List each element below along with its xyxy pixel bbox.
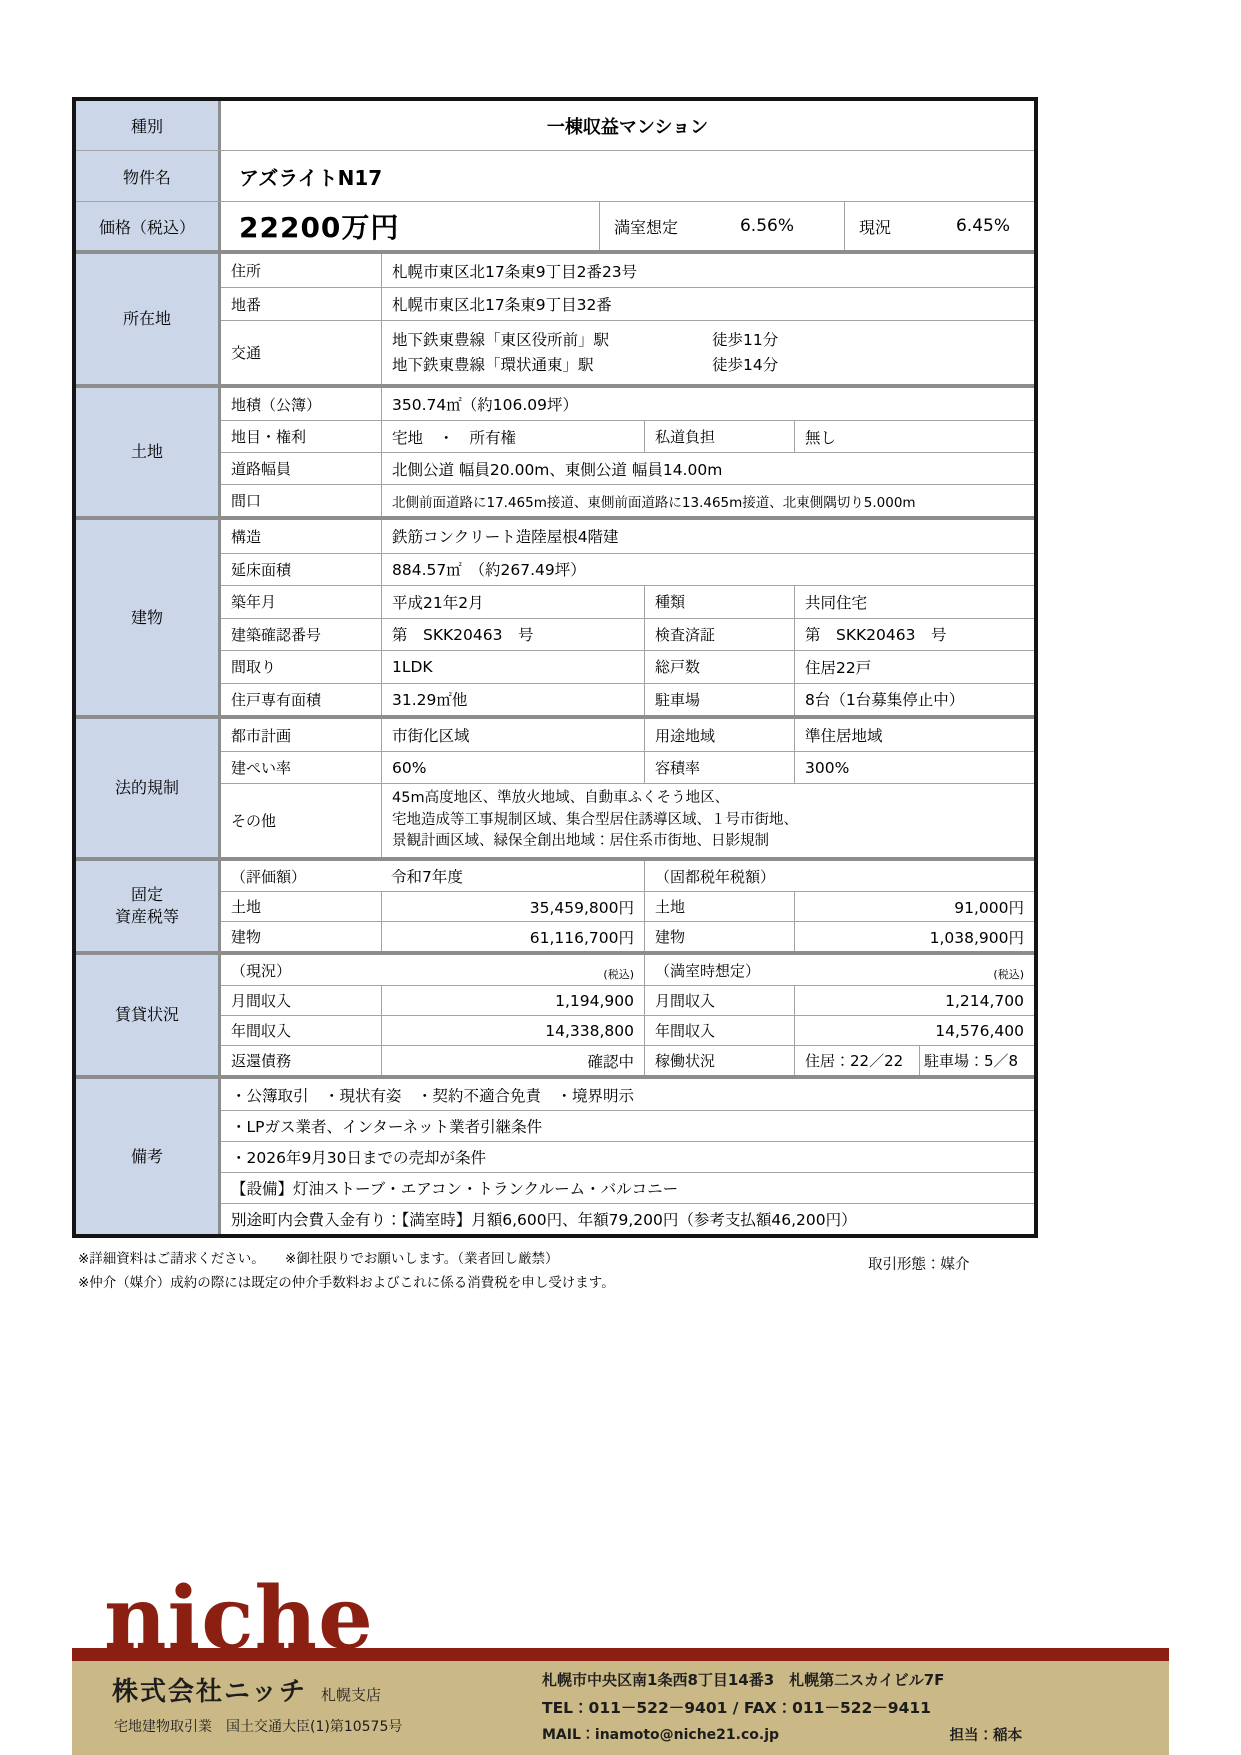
remark-row-2: ・LPガス業者、インターネット業者引継条件 [221,1110,1034,1141]
remark-row-3: ・2026年9月30日までの売却が条件 [221,1141,1034,1172]
annual-income-label: 年間収入 [221,1016,381,1045]
monthly-income-label: 月間収入 [221,986,381,1015]
tax-building-tax-label: 建物 [644,922,794,951]
access-row: 交通 地下鉄東豊線「東区役所前」駅 徒歩11分 地下鉄東豊線「環状通東」駅 徒歩… [221,320,1034,384]
company-right-block: 札幌市中央区南1条西8丁目14番3 札幌第二スカイビル7F TEL：011－52… [542,1669,1042,1745]
assessed-header-cell: （評価額） 令和7年度 [221,861,644,891]
tax-header-row: （評価額） 令和7年度 （固都税年税額） [221,861,1034,891]
lot-row: 地番 札幌市東区北17条東9丁目32番 [221,287,1034,320]
note-request-materials: ※詳細資料はご請求ください。 ※御社限りでお願いします。（業者回し厳禁） [78,1247,559,1267]
annual-tax-header-cell: （固都税年税額） [644,861,1034,891]
structure-value: 鉄筋コンクリート造陸屋根4階建 [381,520,1034,553]
annual-income-full: 14,576,400 [794,1016,1034,1045]
name-row: 物件名 アズライトN17 [76,150,1034,201]
zoning-value: 準住居地域 [794,719,1034,751]
yield-full-label: 満室想定 [614,215,678,238]
remarks-section: 備考 ・公簿取引 ・現状有姿 ・契約不適合免責 ・境界明示 ・LPガス業者、イン… [76,1075,1034,1234]
parking-label: 駐車場 [644,684,794,716]
annual-tax-header: （固都税年税額） [655,866,775,887]
land-section-label: 土地 [76,388,221,516]
monthly-income-current: 1,194,900 [381,986,644,1015]
remark-line-5: 別途町内会費入金有り：【満室時】月額6,600円、年額79,200円（参考支払額… [221,1204,1034,1234]
access-label: 交通 [221,321,381,384]
remark-line-1: ・公簿取引 ・現状有姿 ・契約不適合免責 ・境界明示 [221,1079,1034,1110]
built-label: 築年月 [221,586,381,618]
company-license: 宅地建物取引業 国土交通大臣(1)第10575号 [112,1716,402,1736]
layout-label: 間取り [221,651,381,683]
layout-row: 間取り 1LDK 総戸数 住居22戸 [221,650,1034,683]
remark-row-4: 【設備】灯油ストーブ・エアコン・トランクルーム・バルコニー [221,1172,1034,1203]
road-width-row: 道路幅員 北側公道 幅員20.00m、東側公道 幅員14.00m [221,452,1034,484]
far-label: 容積率 [644,752,794,783]
other-value: 45m高度地区、準放火地域、自動車ふくそう地区、 宅地造成等工事規制区域、集合型… [381,784,1034,857]
company-left-block: 株式会社ニッチ 札幌支店 宅地建物取引業 国土交通大臣(1)第10575号 [112,1671,402,1736]
yield-full-cell: 満室想定 6.56% [599,202,844,250]
structure-row: 構造 鉄筋コンクリート造陸屋根4階建 [221,520,1034,553]
deal-type: 取引形態：媒介 [868,1253,970,1274]
floor-area-row: 延床面積 884.57㎡ （約267.49坪） [221,553,1034,586]
company-name: 株式会社ニッチ [112,1671,307,1708]
tax-building-tax-value: 1,038,900円 [794,922,1034,951]
remarks-section-label: 備考 [76,1079,221,1234]
price-value: 22200万円 [221,202,599,250]
building-section-label: 建物 [76,520,221,715]
tax-section-label: 固定 資産税等 [76,861,221,951]
debt-label: 返還債務 [221,1046,381,1075]
permit-label: 建築確認番号 [221,619,381,651]
rent-current-header: （現況） [231,960,291,981]
far-value: 300% [794,752,1034,783]
rent-current-header-cell: （現況） (税込) [221,955,644,985]
land-area-label: 地積（公簿） [221,388,381,420]
city-plan-value: 市街化区域 [381,719,644,751]
units-value: 住居22戸 [794,651,1034,683]
floor-area-value: 884.57㎡ （約267.49坪） [381,554,1034,586]
rent-full-tax-note: (税込) [993,966,1024,985]
permit-value: 第 SKK20463 号 [381,619,644,651]
road-width-value: 北側公道 幅員20.00m、東側公道 幅員14.00m [381,453,1034,484]
kind-value: 共同住宅 [794,586,1034,618]
tax-land-tax-value: 91,000円 [794,892,1034,921]
tax-building-label: 建物 [221,922,381,951]
other-line-2: 宅地造成等工事規制区域、集合型居住誘導区域、１号市街地、 [392,810,798,832]
price-label: 価格（税込） [76,202,221,250]
permit-row: 建築確認番号 第 SKK20463 号 検査済証 第 SKK20463 号 [221,618,1034,651]
lot-label: 地番 [221,288,381,320]
frontage-label: 間口 [221,485,381,516]
address-value: 札幌市東区北17条東9丁目2番23号 [381,254,1034,287]
monthly-income-row: 月間収入 1,194,900 月間収入 1,214,700 [221,985,1034,1015]
layout-value: 1LDK [381,651,644,683]
property-name: アズライトN17 [221,151,1034,201]
rent-full-header: （満室時想定） [655,960,760,981]
other-line-3: 景観計画区域、緑保全創出地域：居住系市街地、日影規制 [392,831,769,853]
private-road-label: 私道負担 [644,421,794,452]
tax-land-row: 土地 35,459,800円 土地 91,000円 [221,891,1034,921]
inspection-label: 検査済証 [644,619,794,651]
assessed-header: （評価額） [231,866,385,887]
company-contact: 担当：稲本 [950,1724,1023,1745]
footer-red-bar [72,1648,1169,1661]
rent-current-tax-note: (税込) [603,966,634,985]
occupancy-parking: 駐車場：5／8 [919,1046,1034,1075]
frontage-value: 北側前面道路に17.465m接道、東側前面道路に13.465m接道、北東側隅切り… [381,485,1034,516]
tax-section: 固定 資産税等 （評価額） 令和7年度 （固都税年税額） 土地 35,459,8… [76,857,1034,951]
remark-line-3: ・2026年9月30日までの売却が条件 [221,1142,1034,1172]
monthly-income-full: 1,214,700 [794,986,1034,1015]
tax-label-line2: 資産税等 [115,906,179,928]
city-plan-row: 都市計画 市街化区域 用途地域 準住居地域 [221,719,1034,751]
building-section: 建物 構造 鉄筋コンクリート造陸屋根4階建 延床面積 884.57㎡ （約267… [76,516,1034,715]
legal-section: 法的規制 都市計画 市街化区域 用途地域 準住居地域 建ぺい率 60% 容積率 … [76,715,1034,857]
debt-value: 確認中 [381,1046,644,1075]
access-station-2: 地下鉄東豊線「環状通東」駅 [392,353,712,377]
note-brokerage-fee: ※仲介（媒介）成約の際には既定の仲介手数料およびこれに係る消費税を申し受けます。 [78,1271,615,1291]
name-label: 物件名 [76,151,221,201]
frontage-row: 間口 北側前面道路に17.465m接道、東側前面道路に13.465m接道、北東側… [221,484,1034,516]
yield-current-cell: 現況 6.45% [844,202,1034,250]
land-area-value: 350.74㎡（約106.09坪） [381,388,1034,420]
parking-value: 8台（1台募集停止中） [794,684,1034,716]
type-row: 種別 一棟収益マンション [76,101,1034,150]
city-plan-label: 都市計画 [221,719,381,751]
bcr-value: 60% [381,752,644,783]
built-value: 平成21年2月 [381,586,644,618]
type-label: 種別 [76,101,221,150]
land-category-row: 地目・権利 宅地 ・ 所有権 私道負担 無し [221,420,1034,452]
tax-building-row: 建物 61,116,700円 建物 1,038,900円 [221,921,1034,951]
land-category-label: 地目・権利 [221,421,381,452]
units-label: 総戸数 [644,651,794,683]
unit-area-row: 住戸専有面積 31.29㎡他 駐車場 8台（1台募集停止中） [221,683,1034,716]
tax-land-tax-label: 土地 [644,892,794,921]
yield-current-label: 現況 [859,215,891,238]
company-branch: 札幌支店 [321,1684,381,1705]
type-value: 一棟収益マンション [221,101,1034,150]
bcr-label: 建ぺい率 [221,752,381,783]
tax-land-assessed: 35,459,800円 [381,892,644,921]
company-mail: MAIL：inamoto@niche21.co.jp [542,1724,779,1745]
occupancy-label: 稼働状況 [644,1046,794,1075]
annual-income-current: 14,338,800 [381,1016,644,1045]
structure-label: 構造 [221,520,381,553]
access-line-1: 地下鉄東豊線「東区役所前」駅 徒歩11分 [392,328,1024,352]
property-sheet-page: 種別 一棟収益マンション 物件名 アズライトN17 価格（税込） 22200万円… [0,0,1241,1755]
tax-land-label: 土地 [221,892,381,921]
bcr-row: 建ぺい率 60% 容積率 300% [221,751,1034,783]
rent-header-row: （現況） (税込) （満室時想定） (税込) [221,955,1034,985]
tax-building-assessed: 61,116,700円 [381,922,644,951]
floor-area-label: 延床面積 [221,554,381,586]
kind-label: 種類 [644,586,794,618]
annual-income-full-label: 年間収入 [644,1016,794,1045]
other-line-1: 45m高度地区、準放火地域、自動車ふくそう地区、 [392,788,729,810]
location-section: 所在地 住所 札幌市東区北17条東9丁目2番23号 地番 札幌市東区北17条東9… [76,250,1034,384]
footer-company-block: 株式会社ニッチ 札幌支店 宅地建物取引業 国土交通大臣(1)第10575号 札幌… [72,1661,1169,1755]
access-value: 地下鉄東豊線「東区役所前」駅 徒歩11分 地下鉄東豊線「環状通東」駅 徒歩14分 [381,321,1034,384]
annual-income-row: 年間収入 14,338,800 年間収入 14,576,400 [221,1015,1034,1045]
occupancy-residence: 住居：22／22 [794,1046,919,1075]
remark-line-2: ・LPガス業者、インターネット業者引継条件 [221,1111,1034,1141]
rent-full-header-cell: （満室時想定） (税込) [644,955,1034,985]
remark-row-1: ・公簿取引 ・現状有姿 ・契約不適合免責 ・境界明示 [221,1079,1034,1110]
lot-value: 札幌市東区北17条東9丁目32番 [381,288,1034,320]
access-walk-2: 徒歩14分 [712,353,778,377]
header-section: 種別 一棟収益マンション 物件名 アズライトN17 価格（税込） 22200万円… [76,101,1034,250]
access-walk-1: 徒歩11分 [712,328,778,352]
built-row: 築年月 平成21年2月 種類 共同住宅 [221,585,1034,618]
access-station-1: 地下鉄東豊線「東区役所前」駅 [392,328,712,352]
remark-row-5: 別途町内会費入金有り：【満室時】月額6,600円、年額79,200円（参考支払額… [221,1203,1034,1234]
company-address: 札幌市中央区南1条西8丁目14番3 札幌第二スカイビル7F [542,1669,1042,1690]
land-section: 土地 地積（公簿） 350.74㎡（約106.09坪） 地目・権利 宅地 ・ 所… [76,384,1034,516]
unit-area-value: 31.29㎡他 [381,684,644,716]
private-road-value: 無し [794,421,1034,452]
company-tel-fax: TEL：011－522－9401 / FAX：011－522－9411 [542,1696,1042,1718]
address-label: 住所 [221,254,381,287]
tax-label-line1: 固定 [131,884,163,906]
land-area-row: 地積（公簿） 350.74㎡（約106.09坪） [221,388,1034,420]
rent-section: 賃貸状況 （現況） (税込) （満室時想定） (税込) 月間収入 1,194,9… [76,951,1034,1075]
yield-current-value: 6.45% [956,216,1010,236]
unit-area-label: 住戸専有面積 [221,684,381,716]
monthly-income-full-label: 月間収入 [644,986,794,1015]
inspection-value: 第 SKK20463 号 [794,619,1034,651]
access-line-2: 地下鉄東豊線「環状通東」駅 徒歩14分 [392,353,1024,377]
remark-line-4: 【設備】灯油ストーブ・エアコン・トランクルーム・バルコニー [221,1173,1034,1203]
zoning-label: 用途地域 [644,719,794,751]
legal-section-label: 法的規制 [76,719,221,857]
other-regulations-row: その他 45m高度地区、準放火地域、自動車ふくそう地区、 宅地造成等工事規制区域… [221,783,1034,857]
location-section-label: 所在地 [76,254,221,384]
debt-occupancy-row: 返還債務 確認中 稼働状況 住居：22／22 駐車場：5／8 [221,1045,1034,1075]
assessed-year: 令和7年度 [385,865,463,887]
price-row: 価格（税込） 22200万円 満室想定 6.56% 現況 6.45% [76,201,1034,250]
address-row: 住所 札幌市東区北17条東9丁目2番23号 [221,254,1034,287]
road-width-label: 道路幅員 [221,453,381,484]
rent-section-label: 賃貸状況 [76,955,221,1075]
other-label: その他 [221,784,381,857]
land-category-value: 宅地 ・ 所有権 [381,421,644,452]
yield-full-value: 6.56% [740,216,794,236]
property-spec-table: 種別 一棟収益マンション 物件名 アズライトN17 価格（税込） 22200万円… [72,97,1038,1238]
